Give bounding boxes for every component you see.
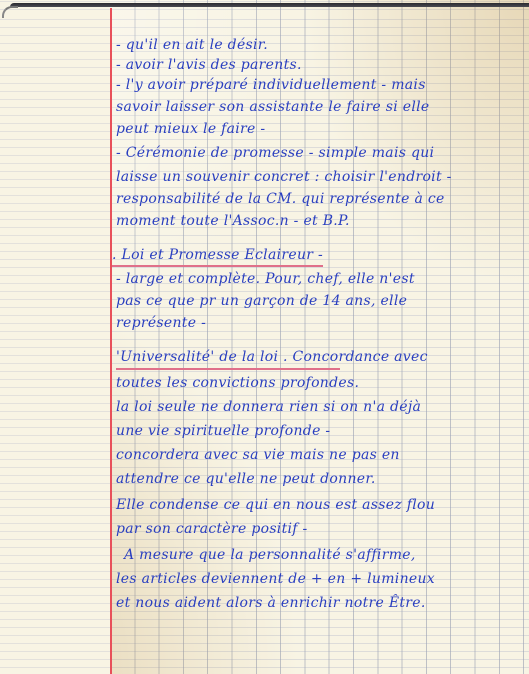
text-line: par son caractère positif - [116,520,308,538]
text-line: pas ce que pr un garçon de 14 ans, elle [116,292,407,310]
text-line: attendre ce qu'elle ne peut donner. [116,470,376,488]
text-line: moment toute l'Assoc.n - et B.P. [116,212,350,230]
section-heading-universalite: 'Universalité' de la loi . Concordance a… [116,348,428,366]
text-line: - Cérémonie de promesse - simple mais qu… [116,144,434,162]
section-heading-loi-promesse: . Loi et Promesse Eclaireur - [112,246,323,267]
text-line: responsabilité de la CM. qui représente … [116,190,445,208]
text-line: toutes les convictions profondes. [116,374,359,392]
text-line: la loi seule ne donnera rien si on n'a d… [116,398,421,416]
text-line: - qu'il en ait le désir. [116,36,268,54]
text-line: et nous aident alors à enrichir notre Êt… [116,594,426,612]
text-line: représente - [116,314,206,332]
red-margin-line [110,8,112,674]
red-underline [116,368,340,370]
text-line: peut mieux le faire - [116,120,265,138]
text-line: laisse un souvenir concret : choisir l'e… [116,168,452,186]
page-corner-curl [2,6,18,18]
notebook-page: - qu'il en ait le désir. - avoir l'avis … [0,0,529,674]
text-line: les articles deviennent de + en + lumine… [116,570,435,588]
text-line: savoir laisser son assistante le faire s… [116,98,429,116]
text-line: - large et complète. Pour, chef, elle n'… [116,270,415,288]
text-line: - avoir l'avis des parents. [116,56,302,74]
page-top-edge [10,3,529,7]
text-line: une vie spirituelle profonde - [116,422,330,440]
text-line: A mesure que la personnalité s'affirme, [124,546,416,564]
text-line: concordera avec sa vie mais ne pas en [116,446,400,464]
left-margin-area [0,0,110,674]
text-line: - l'y avoir préparé individuellement - m… [116,76,426,94]
text-line: Elle condense ce qui en nous est assez f… [116,496,435,514]
